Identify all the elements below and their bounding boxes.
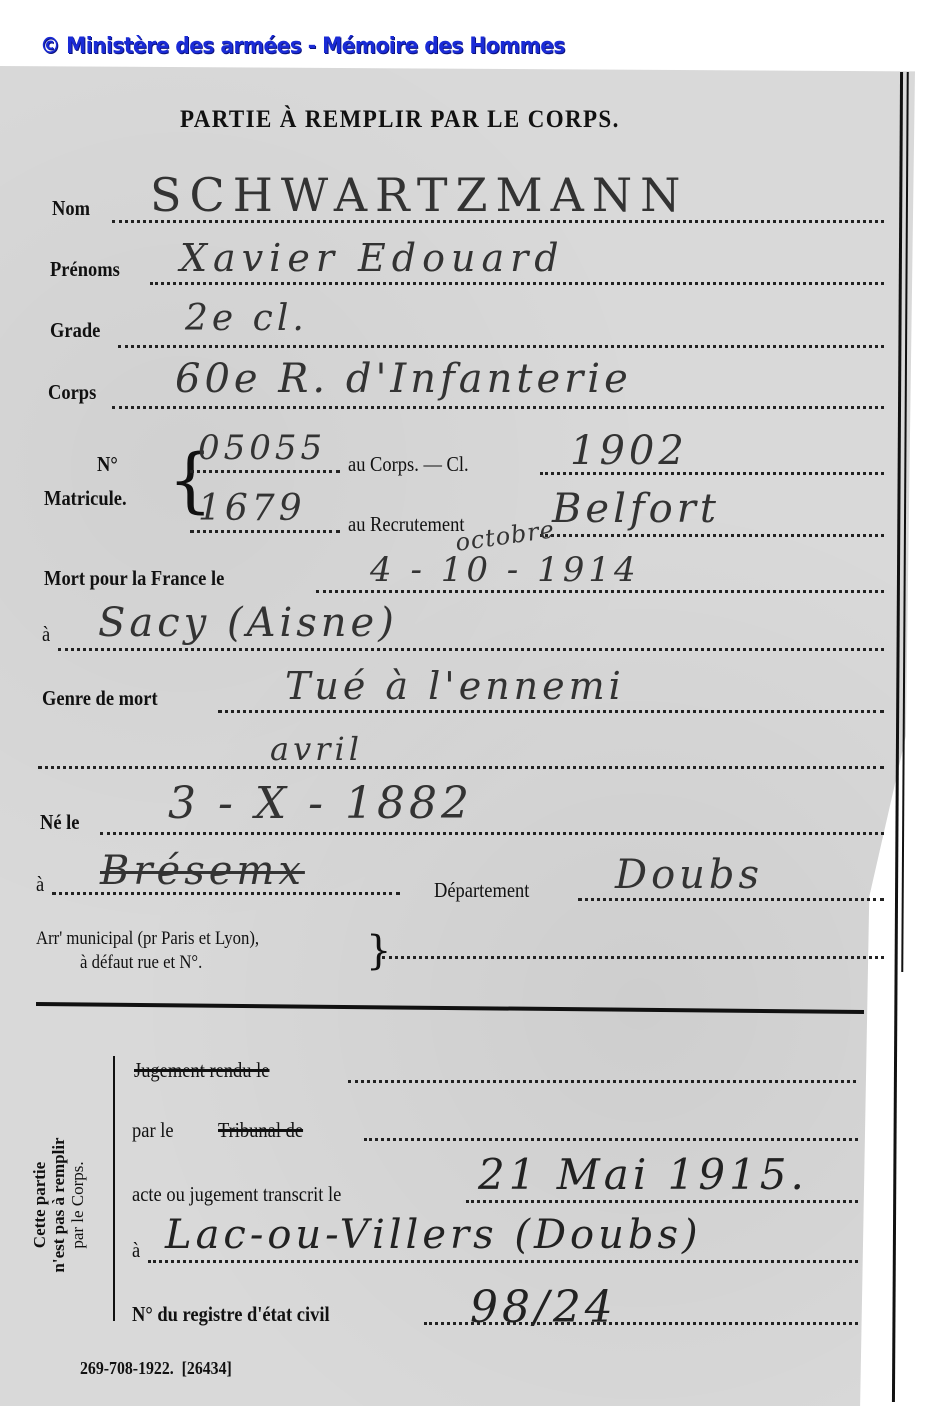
- arrondissement-brace: }: [366, 926, 391, 976]
- arrondissement-label-2: à défaut rue et N°.: [80, 952, 202, 974]
- corps-value: 60e R. d'Infanterie: [175, 356, 632, 402]
- naissance-line: [100, 832, 884, 835]
- form-title: PARTIE À REMPLIR PAR LE CORPS.: [180, 106, 620, 134]
- corps-matricule-label: au Corps. — Cl.: [348, 452, 469, 477]
- departement-line: [578, 898, 884, 901]
- prenoms-value: Xavier Edouard: [180, 236, 565, 280]
- naissance-value: 3 - X - 1882: [168, 778, 473, 829]
- genre-mort-value: Tué à l'ennemi: [285, 664, 625, 708]
- prenoms-line: [150, 282, 884, 285]
- grade-line: [118, 345, 884, 348]
- side-note-line-3: par le Corps.: [68, 1110, 87, 1300]
- departement-label: Département: [434, 878, 529, 903]
- transcrit-value: 21 Mai 1915.: [478, 1150, 808, 1199]
- naissance-label: Né le: [40, 810, 80, 835]
- corps-label: Corps: [48, 380, 96, 405]
- classe-value: 1902: [570, 428, 688, 474]
- registre-value: 98/24: [470, 1282, 617, 1333]
- mort-line: [316, 590, 884, 593]
- grade-value: 2e cl.: [185, 298, 308, 339]
- arrondissement-label-1: Arr' municipal (pr Paris et Lyon),: [36, 928, 259, 950]
- genre-mort-label: Genre de mort: [42, 686, 158, 711]
- side-note-line-2: n'est pas à remplir: [49, 1110, 68, 1300]
- grade-label: Grade: [50, 318, 100, 343]
- recrutement-place-value: Belfort: [552, 486, 720, 532]
- corps-matricule-line: [190, 470, 340, 473]
- lieu-naissance-label: à: [36, 872, 44, 897]
- lieu-mort-label: à: [42, 622, 50, 647]
- tribunal-label: Tribunal de: [218, 1118, 303, 1143]
- lieu-mort-value: Sacy (Aisne): [98, 600, 398, 646]
- side-note: Cette partie n'est pas à remplir par le …: [30, 1110, 87, 1300]
- lieu-mort-line: [58, 648, 884, 651]
- registre-label: N° du registre d'état civil: [132, 1302, 330, 1327]
- prenoms-label: Prénoms: [50, 257, 120, 282]
- recrutement-label: au Recrutement: [348, 512, 464, 537]
- jugement-label: Jugement rendu le: [134, 1058, 269, 1083]
- lieu-transcrit-line: [148, 1260, 858, 1263]
- form-footer-code: 269-708-1922. [26434]: [80, 1358, 232, 1379]
- mort-label: Mort pour la France le: [44, 566, 224, 591]
- tribunal-line: [364, 1138, 858, 1141]
- matricule-no-label: N°: [97, 452, 118, 477]
- corps-line: [112, 406, 884, 409]
- side-note-line-1: Cette partie: [30, 1110, 49, 1300]
- genre-mort-line: [218, 710, 884, 713]
- nom-value: SCHWARTZMANN: [150, 168, 688, 222]
- lieu-transcrit-value: Lac-ou-Villers (Doubs): [165, 1212, 702, 1258]
- lieu-naissance-value: Brésemx: [100, 848, 305, 894]
- lower-brace-rule: [113, 1056, 115, 1321]
- arrondissement-line: [382, 956, 884, 959]
- departement-value: Doubs: [615, 852, 763, 898]
- corps-matricule-value: 05055: [198, 428, 326, 468]
- matricule-label: Matricule.: [44, 486, 127, 511]
- genre-mort-value-2: avril: [270, 730, 363, 768]
- recrutement-matricule-line: [190, 530, 340, 533]
- mort-value: 4 - 10 - 1914: [370, 550, 640, 590]
- recrutement-matricule-value: 1679: [198, 488, 306, 529]
- genre-mort-line-2: [38, 766, 884, 769]
- nom-label: Nom: [52, 196, 90, 221]
- tribunal-prefix: par le: [132, 1118, 174, 1143]
- transcrit-line: [466, 1200, 858, 1203]
- jugement-line: [348, 1080, 856, 1083]
- copyright-watermark: © Ministère des armées - Mémoire des Hom…: [40, 34, 565, 59]
- lieu-transcrit-label: à: [132, 1238, 140, 1263]
- recrutement-place-line: [540, 534, 884, 537]
- transcrit-label: acte ou jugement transcrit le: [132, 1182, 341, 1207]
